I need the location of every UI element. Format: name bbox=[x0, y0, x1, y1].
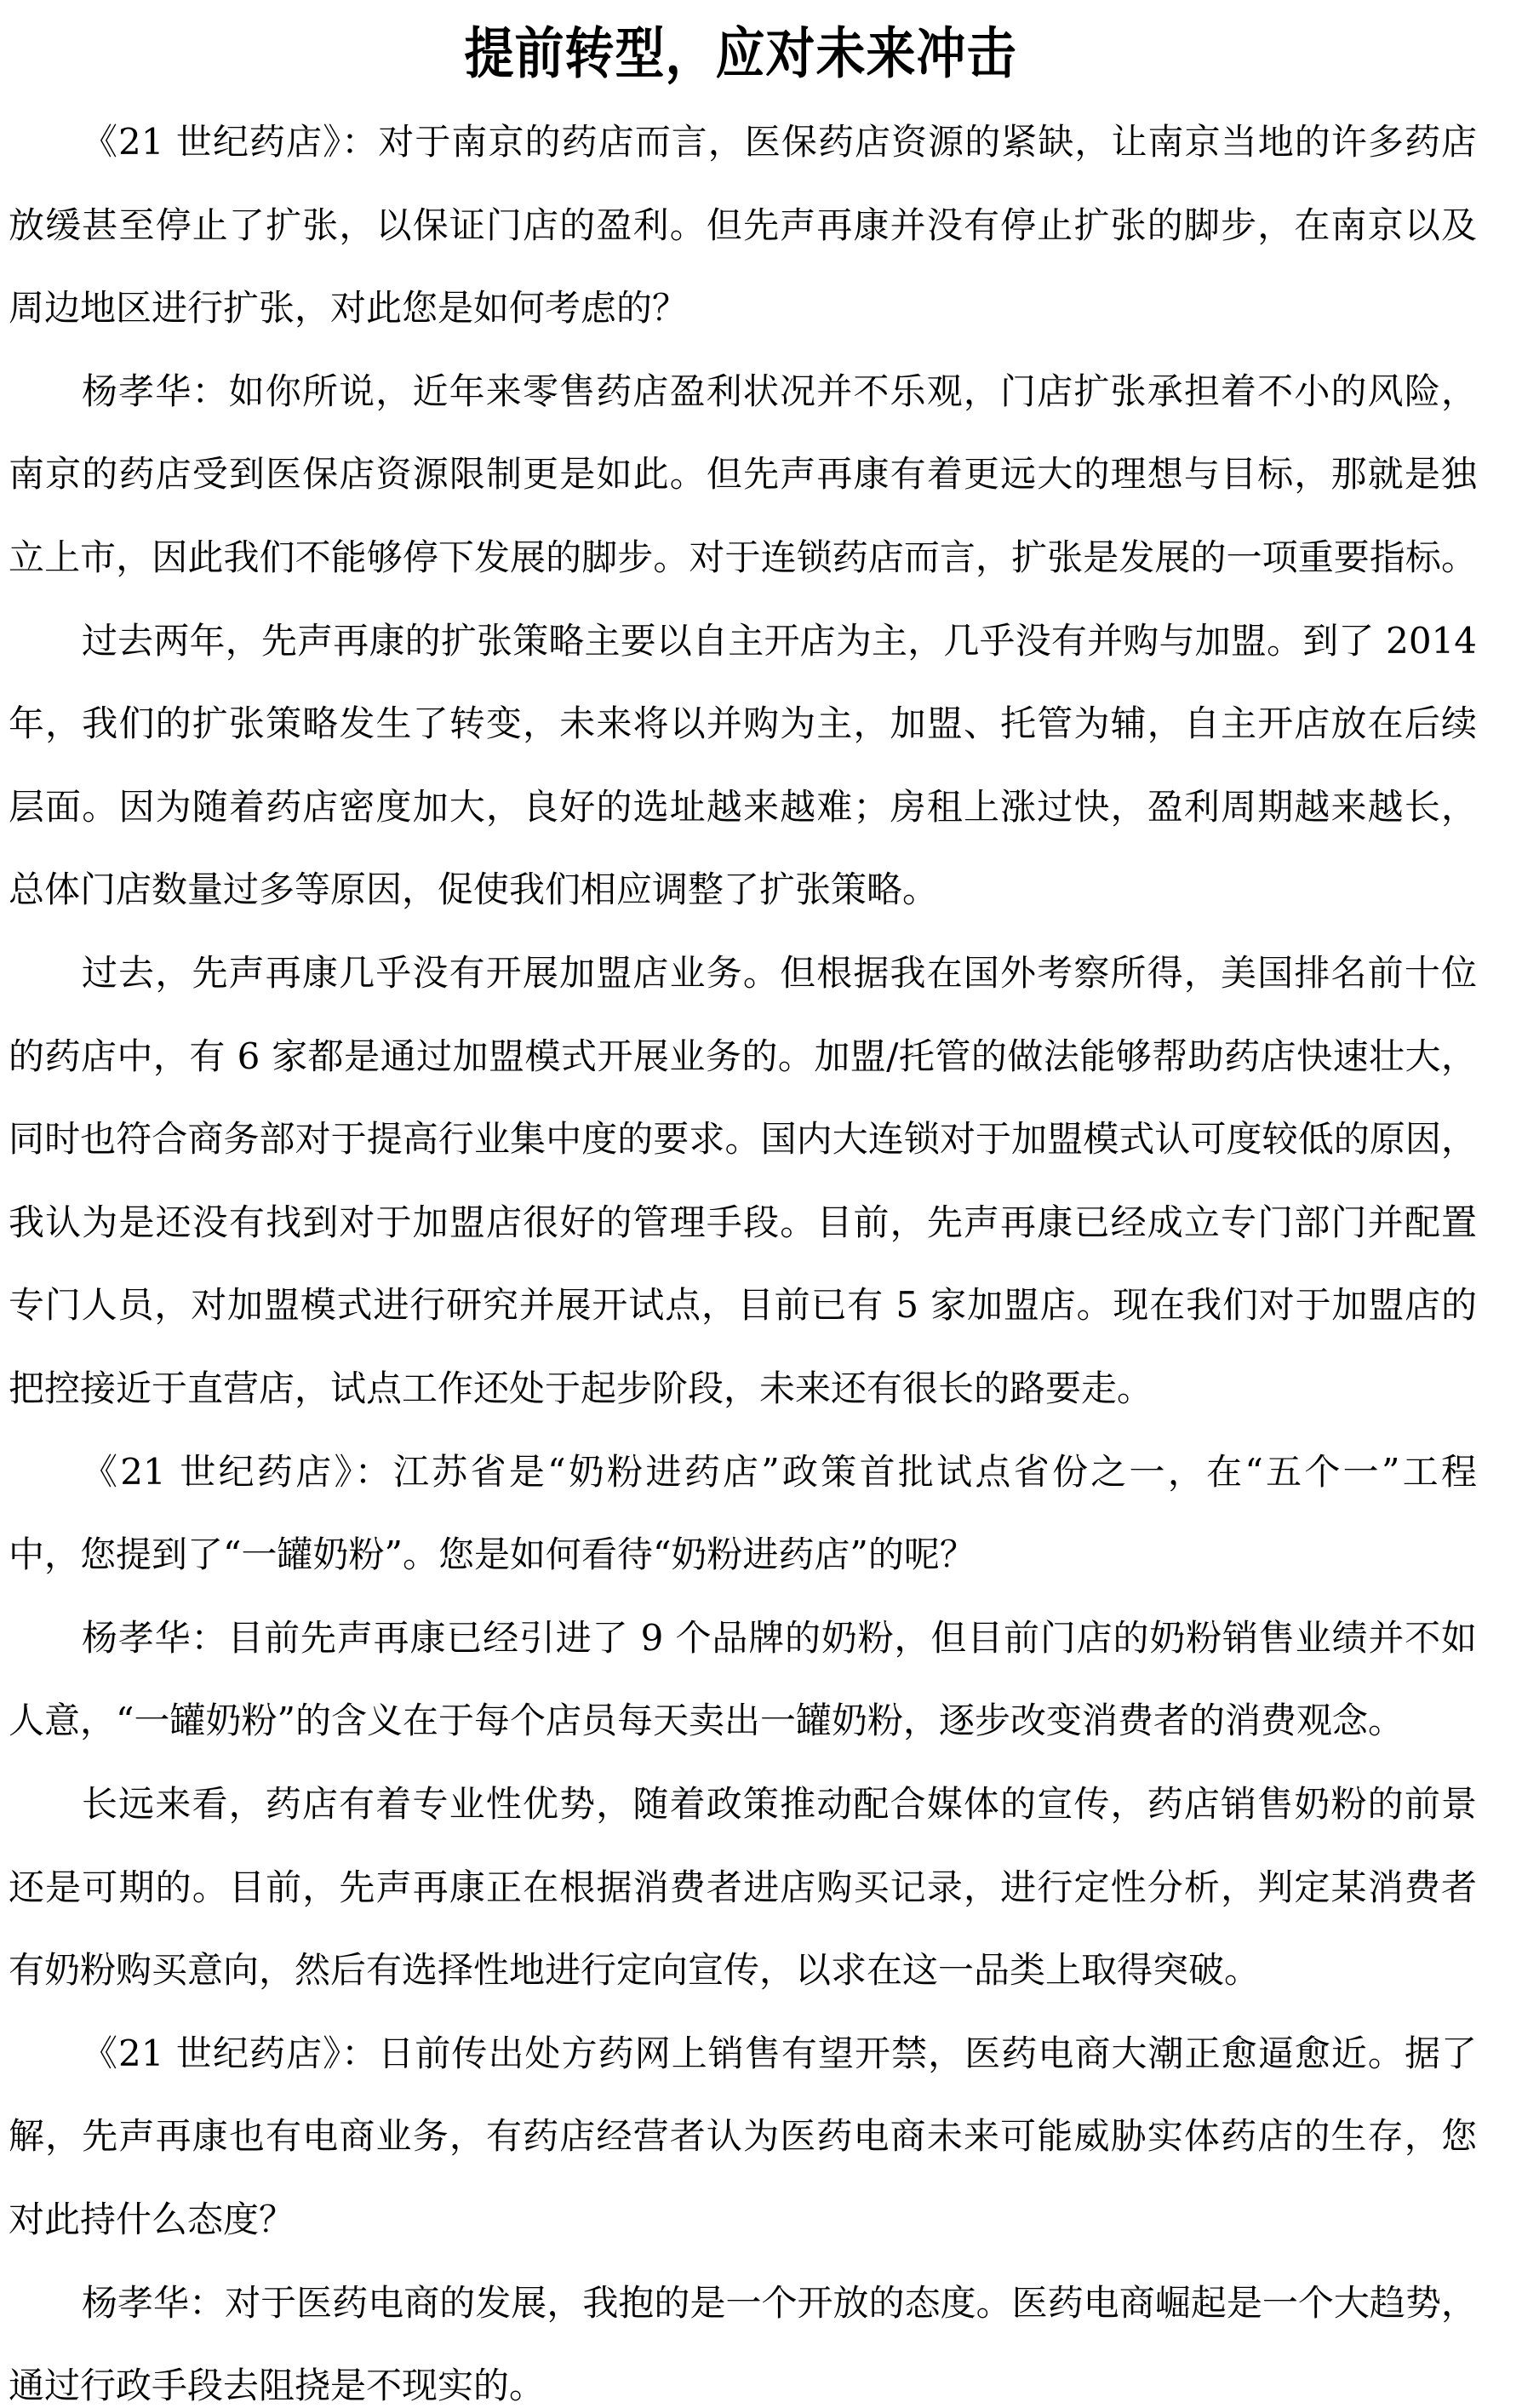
text-line: 还是可期的。目前，先声再康正在根据消费者进店购买记录，进行定性分析，判定某消费者 bbox=[9, 1866, 1477, 1909]
text-line: 对此持什么态度？ bbox=[9, 2199, 1477, 2241]
text-line: 有奶粉购买意向，然后有选择性地进行定向宣传，以求在这一品类上取得突破。 bbox=[9, 1949, 1477, 1992]
text-line: 放缓甚至停止了扩张，以保证门店的盈利。但先声再康并没有停止扩张的脚步，在南京以及 bbox=[9, 204, 1477, 247]
text-line: 长远来看，药店有着专业性优势，随着政策推动配合媒体的宣传，药店销售奶粉的前景 bbox=[82, 1783, 1477, 1826]
text-line: 中，您提到了“一罐奶粉”。您是如何看待“奶粉进药店”的呢？ bbox=[9, 1534, 1477, 1576]
text-line: 通过行政手段去阻挠是不现实的。 bbox=[9, 2365, 1477, 2407]
text-line: 总体门店数量过多等原因，促使我们相应调整了扩张策略。 bbox=[9, 869, 1477, 911]
text-line: 我认为是还没有找到对于加盟店很好的管理手段。目前，先声再康已经成立专门部门并配置 bbox=[9, 1201, 1477, 1244]
text-line: 层面。因为随着药店密度加大，良好的选址越来越难；房租上涨过快，盈利周期越来越长， bbox=[9, 786, 1477, 828]
article-title: 提前转型，应对未来冲击 bbox=[0, 15, 1481, 92]
text-line: 立上市，因此我们不能够停下发展的脚步。对于连锁药店而言，扩张是发展的一项重要指标… bbox=[9, 536, 1477, 579]
text-line: 的药店中，有 6 家都是通过加盟模式开展业务的。加盟/托管的做法能够帮助药店快速… bbox=[9, 1035, 1477, 1078]
text-line: 把控接近于直营店，试点工作还处于起步阶段，未来还有很长的路要走。 bbox=[9, 1367, 1477, 1410]
text-line: 过去，先声再康几乎没有开展加盟店业务。但根据我在国外考察所得，美国排名前十位 bbox=[82, 952, 1477, 995]
text-line: 南京的药店受到医保店资源限制更是如此。但先声再康有着更远大的理想与目标，那就是独 bbox=[9, 453, 1477, 496]
text-line: 年，我们的扩张策略发生了转变，未来将以并购为主，加盟、托管为辅，自主开店放在后续 bbox=[9, 702, 1477, 745]
text-line: 杨孝华：如你所说，近年来零售药店盈利状况并不乐观，门店扩张承担着不小的风险， bbox=[82, 370, 1477, 413]
text-line: 人意，“一罐奶粉”的含义在于每个店员每天卖出一罐奶粉，逐步改变消费者的消费观念。 bbox=[9, 1700, 1477, 1742]
text-line: 同时也符合商务部对于提高行业集中度的要求。国内大连锁对于加盟模式认可度较低的原因… bbox=[9, 1118, 1477, 1161]
text-line: 《21 世纪药店》：日前传出处方药网上销售有望开禁，医药电商大潮正愈逼愈近。据了 bbox=[82, 2032, 1477, 2075]
text-line: 解，先声再康也有电商业务，有药店经营者认为医药电商未来可能威胁实体药店的生存，您 bbox=[9, 2115, 1477, 2158]
text-line: 《21 世纪药店》：对于南京的药店而言，医保药店资源的紧缺，让南京当地的许多药店 bbox=[82, 121, 1477, 163]
text-line: 杨孝华：目前先声再康已经引进了 9 个品牌的奶粉，但目前门店的奶粉销售业绩并不如 bbox=[82, 1617, 1477, 1660]
text-line: 《21 世纪药店》：江苏省是“奶粉进药店”政策首批试点省份之一，在“五个一”工程 bbox=[82, 1451, 1477, 1494]
text-line: 周边地区进行扩张，对此您是如何考虑的？ bbox=[9, 287, 1477, 330]
text-line: 杨孝华：对于医药电商的发展，我抱的是一个开放的态度。医药电商崛起是一个大趋势， bbox=[82, 2282, 1477, 2325]
text-line: 专门人员，对加盟模式进行研究并展开试点，目前已有 5 家加盟店。现在我们对于加盟… bbox=[9, 1284, 1477, 1327]
text-line: 过去两年，先声再康的扩张策略主要以自主开店为主，几乎没有并购与加盟。到了 201… bbox=[82, 620, 1477, 662]
